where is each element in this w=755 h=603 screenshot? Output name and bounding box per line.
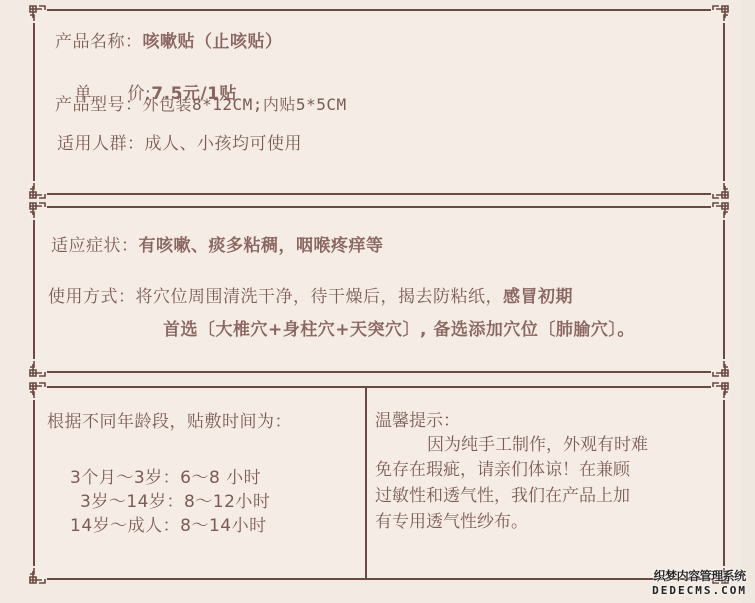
symptoms-row: 适应症状：有咳嗽、痰多粘稠，咽喉疼痒等 [51,236,384,256]
corner-ornament-icon [29,566,47,584]
watermark-line1: 织梦内容管理系统 [652,567,747,584]
corner-ornament-icon [29,382,47,400]
corner-ornament-icon [29,5,47,23]
corner-ornament-icon [711,359,729,377]
method-line2: 首选〔大椎穴+身柱穴+天突穴〕, 备选添加穴位〔肺腧穴〕。 [163,320,635,340]
duration-title: 根据不同年龄段，贴敷时间为： [47,412,292,432]
duration-tips-panel: 根据不同年龄段，贴敷时间为： 3个月～3岁：6～8 小时 3岁～14岁：8～12… [33,386,725,580]
audience-label: 适用人群： [57,134,145,154]
symptoms-value: 有咳嗽、痰多粘稠，咽喉疼痒等 [139,236,384,256]
symptoms-label: 适应症状： [51,236,139,256]
usage-panel: 适应症状：有咳嗽、痰多粘稠，咽喉疼痒等 使用方式：将穴位周围清洗干净，待干燥后，… [33,206,725,373]
product-name-label: 产品名称： [55,32,143,52]
duration-row: 14岁～成人：8～14小时 [70,516,267,536]
method-line1-emphasis: 感冒初期 [503,287,573,307]
product-info-panel: 产品名称：咳嗽贴（止咳贴） 单 价:7.5元/1贴 产品型号：外包装8*12CM… [33,9,725,195]
model-label: 产品型号： [55,95,143,115]
model-value: 外包装8*12CM;内贴5*5CM [143,95,347,114]
corner-ornament-icon [711,382,729,400]
product-name-value: 咳嗽贴（止咳贴） [143,32,283,52]
column-divider [365,388,367,578]
method-row: 使用方式：将穴位周围清洗干净，待干燥后，揭去防粘纸，感冒初期 [48,287,573,307]
corner-ornament-icon [711,202,729,220]
tips-title: 温馨提示： [375,408,460,434]
corner-ornament-icon [29,202,47,220]
price-row: 单 价:7.5元/1贴 [51,64,237,124]
model-row: 产品型号：外包装8*12CM;内贴5*5CM [55,95,347,115]
duration-row: 3个月～3岁：6～8 小时 [70,468,261,488]
method-label: 使用方式： [48,287,136,307]
audience-value: 成人、小孩均可使用 [145,134,303,154]
duration-row: 3岁～14岁：8～12小时 [80,492,270,512]
audience-row: 适用人群：成人、小孩均可使用 [57,134,302,154]
right-edge-strip [742,0,755,603]
product-name-row: 产品名称：咳嗽贴（止咳贴） [55,32,283,52]
tips-line: 免存在瑕疵，请亲们体谅！在兼顾 [375,457,630,483]
tips-line: 有专用透气性纱布。 [375,509,528,535]
method-line1: 将穴位周围清洗干净，待干燥后，揭去防粘纸， [136,287,504,307]
corner-ornament-icon [711,181,729,199]
corner-ornament-icon [711,5,729,23]
watermark-line2: DEDECMS.COM [652,584,747,597]
method-line2-row: 首选〔大椎穴+身柱穴+天突穴〕, 备选添加穴位〔肺腧穴〕。 [163,320,635,340]
watermark: 织梦内容管理系统 DEDECMS.COM [652,567,747,597]
corner-ornament-icon [29,359,47,377]
corner-ornament-icon [29,181,47,199]
tips-line: 过敏性和透气性，我们在产品上加 [375,483,630,509]
tips-line: 因为纯手工制作，外观有时难 [427,432,648,458]
